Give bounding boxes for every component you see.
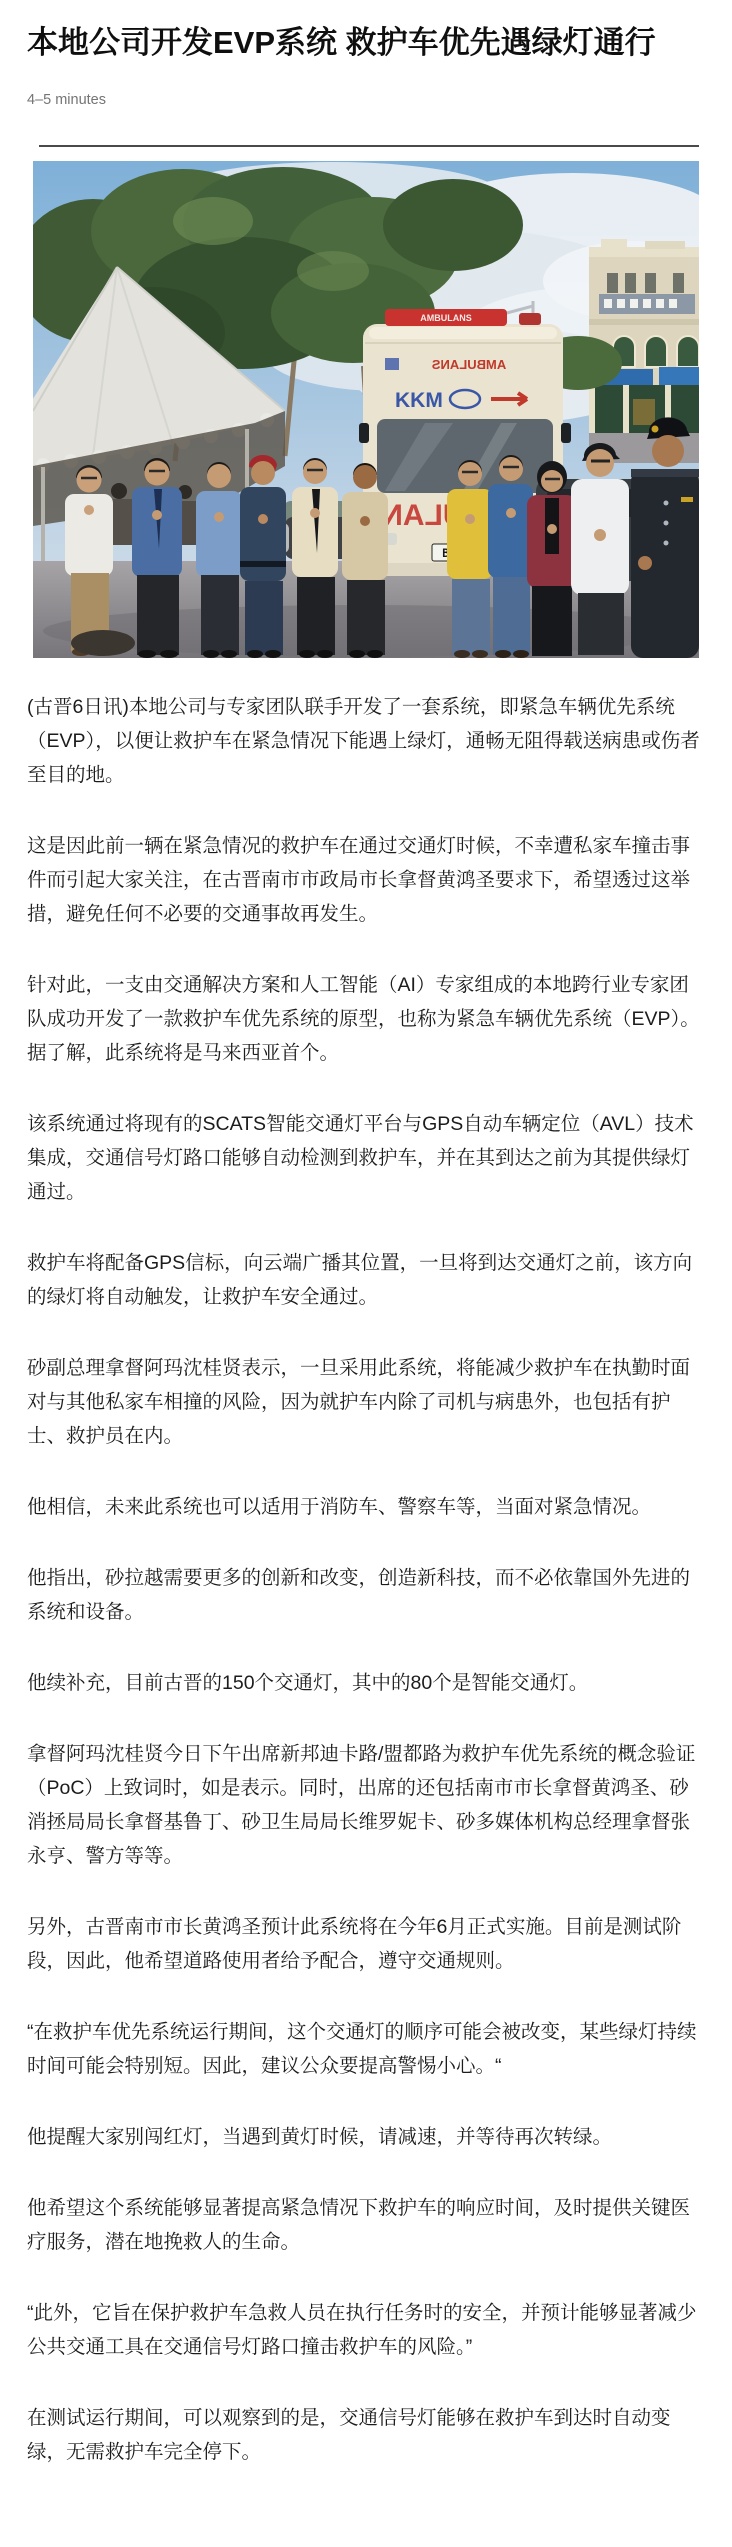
article-paragraph: 他续补充，目前古晋的150个交通灯，其中的80个是智能交通灯。 <box>27 1666 705 1700</box>
foreground-shadow <box>71 630 135 656</box>
article-paragraph: 他希望这个系统能够显著提高紧急情况下救护车的响应时间，及时提供关键医疗服务，潜在… <box>27 2191 705 2259</box>
article-paragraph: 另外，古晋南市市长黄鸿圣预计此系统将在今年6月正式实施。目前是测试阶段，因此，他… <box>27 1910 705 1978</box>
article-paragraph: 针对此，一支由交通解决方案和人工智能（AI）专家组成的本地跨行业专家团队成功开发… <box>27 968 705 1070</box>
article-paragraph: (古晋6日讯)本地公司与专家团队联手开发了一套系统，即紧急车辆优先系统（EVP）… <box>27 690 705 792</box>
reading-time: 4–5 minutes <box>27 92 705 109</box>
divider <box>39 145 699 147</box>
article-paragraph: 他提醒大家别闯红灯，当遇到黄灯时候，请减速，并等待再次转绿。 <box>27 2120 705 2154</box>
article-paragraph: 这是因此前一辆在紧急情况的救护车在通过交通灯时候，不幸遭私家车撞击事件而引起大家… <box>27 829 705 931</box>
article-paragraph: 该系统通过将现有的SCATS智能交通灯平台与GPS自动车辆定位（AVL）技术集成… <box>27 1107 705 1209</box>
ambulance-lightbar-label: AMBULANS <box>420 313 472 323</box>
article-paragraph: 拿督阿玛沈桂贤今日下午出席新邦迪卡路/盟都路为救护车优先系统的概念验证（PoC）… <box>27 1737 705 1873</box>
article-paragraph: 砂副总理拿督阿玛沈桂贤表示，一旦采用此系统，将能减少救护车在执勤时面对与其他私家… <box>27 1351 705 1453</box>
article-paragraph: 在测试运行期间，可以观察到的是，交通信号灯能够在救护车到达时自动变绿，无需救护车… <box>27 2401 705 2469</box>
man-blue-shirt-tie <box>132 458 182 658</box>
ambulance-agency-label: KKM <box>395 389 443 412</box>
man-yellow-shirt <box>447 460 493 658</box>
article-paragraph: “此外，它旨在保护救护车急救人员在执行任务时的安全，并预计能够显著减少公共交通工… <box>27 2296 705 2364</box>
article-photo: AMBULANS AMBULANS KKM AMBULAN BPM 7550 <box>33 161 699 658</box>
man-light-blue-shirt <box>196 462 242 658</box>
article-paragraph: 救护车将配备GPS信标，向云端广播其位置，一旦将到达交通灯之前，该方向的绿灯将自… <box>27 1246 705 1314</box>
article-paragraph: “在救护车优先系统运行期间，这个交通灯的顺序可能会被改变，某些绿灯持续时间可能会… <box>27 2015 705 2083</box>
reader-page: 本地公司开发EVP系统 救护车优先遇绿灯通行 4–5 minutes <box>0 0 732 2509</box>
article-paragraph: 他相信，未来此系统也可以适用于消防车、警察车等，当面对紧急情况。 <box>27 1490 705 1524</box>
article-body: (古晋6日讯)本地公司与专家团队联手开发了一套系统，即紧急车辆优先系统（EVP）… <box>27 690 705 2469</box>
article-title: 本地公司开发EVP系统 救护车优先遇绿灯通行 <box>27 20 657 65</box>
article-paragraph: 他指出，砂拉越需要更多的创新和改变，创造新科技，而不必依靠国外先进的系统和设备。 <box>27 1561 705 1629</box>
man-blue-shirt <box>488 455 533 658</box>
ambulance-mirrored-banner: AMBULANS <box>431 357 506 372</box>
article-photo-figure: AMBULANS AMBULANS KKM AMBULAN BPM 7550 <box>27 161 705 658</box>
man-khaki-shirt <box>342 463 388 658</box>
man-cream-shirt-tie <box>292 458 338 658</box>
